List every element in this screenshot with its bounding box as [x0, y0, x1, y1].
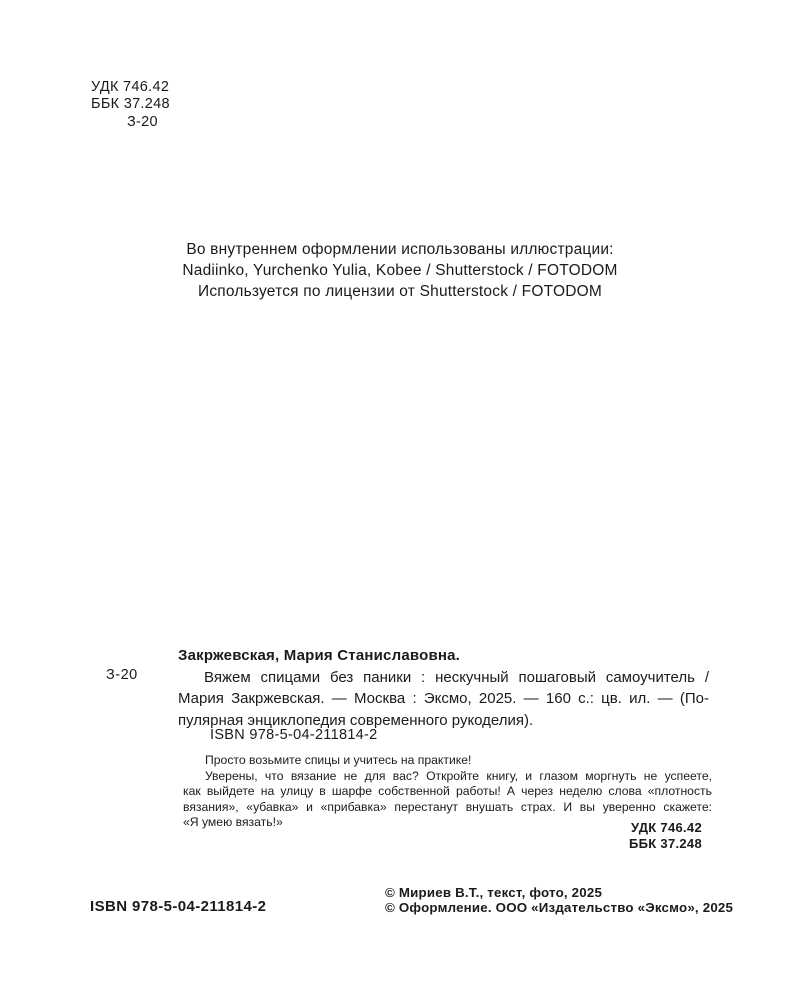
book-imprint-page: УДК 746.42 ББК 37.248 З-20 Во внутреннем…	[0, 0, 800, 1000]
udk-number: УДК 746.42	[91, 79, 170, 96]
author-sign: З-20	[91, 114, 170, 131]
author-heading: Закржевская, Мария Станиславовна.	[178, 645, 709, 667]
copyright-line: © Мириев В.Т., текст, фото, 2025	[385, 885, 733, 900]
annotation-line: вязания», «убавка» и «прибавка» перестан…	[183, 800, 712, 816]
udk-number: УДК 746.42	[629, 820, 702, 836]
annotation: Просто возьмите спицы и учитесь на практ…	[183, 753, 712, 831]
credits-line: Во внутреннем оформлении использованы ил…	[0, 239, 800, 260]
udk-bbk-top-block: УДК 746.42 ББК 37.248 З-20	[91, 79, 170, 131]
credits-line: Nadiinko, Yurchenko Yulia, Kobee / Shutt…	[0, 260, 800, 281]
footer-isbn: ISBN 978-5-04-211814-2	[90, 898, 266, 915]
bbk-number: ББК 37.248	[629, 836, 702, 852]
udk-bbk-bottom-block: УДК 746.42 ББК 37.248	[629, 820, 702, 851]
copyright-block: © Мириев В.Т., текст, фото, 2025 © Оформ…	[385, 885, 733, 916]
annotation-line: как выйдете на улицу в шарфе собственной…	[183, 784, 712, 800]
bbk-number: ББК 37.248	[91, 96, 170, 113]
copyright-line: © Оформление. ООО «Издательство «Эксмо»,…	[385, 900, 733, 915]
illustration-credits: Во внутреннем оформлении использованы ил…	[0, 239, 800, 302]
annotation-line: Просто возьмите спицы и учитесь на практ…	[183, 753, 712, 769]
catalog-entry: Закржевская, Мария Станиславовна. Вяжем …	[178, 645, 709, 731]
catalog-isbn: ISBN 978-5-04-211814-2	[210, 727, 378, 743]
annotation-line: Уверены, что вязание не для вас? Откройт…	[183, 769, 712, 785]
bib-line: Мария Закржевская. — Москва : Эксмо, 202…	[178, 688, 709, 710]
catalog-author-sign: З-20	[106, 667, 138, 683]
credits-line: Используется по лицензии от Shutterstock…	[0, 281, 800, 302]
bib-line: Вяжем спицами без паники : нескучный пош…	[178, 667, 709, 689]
